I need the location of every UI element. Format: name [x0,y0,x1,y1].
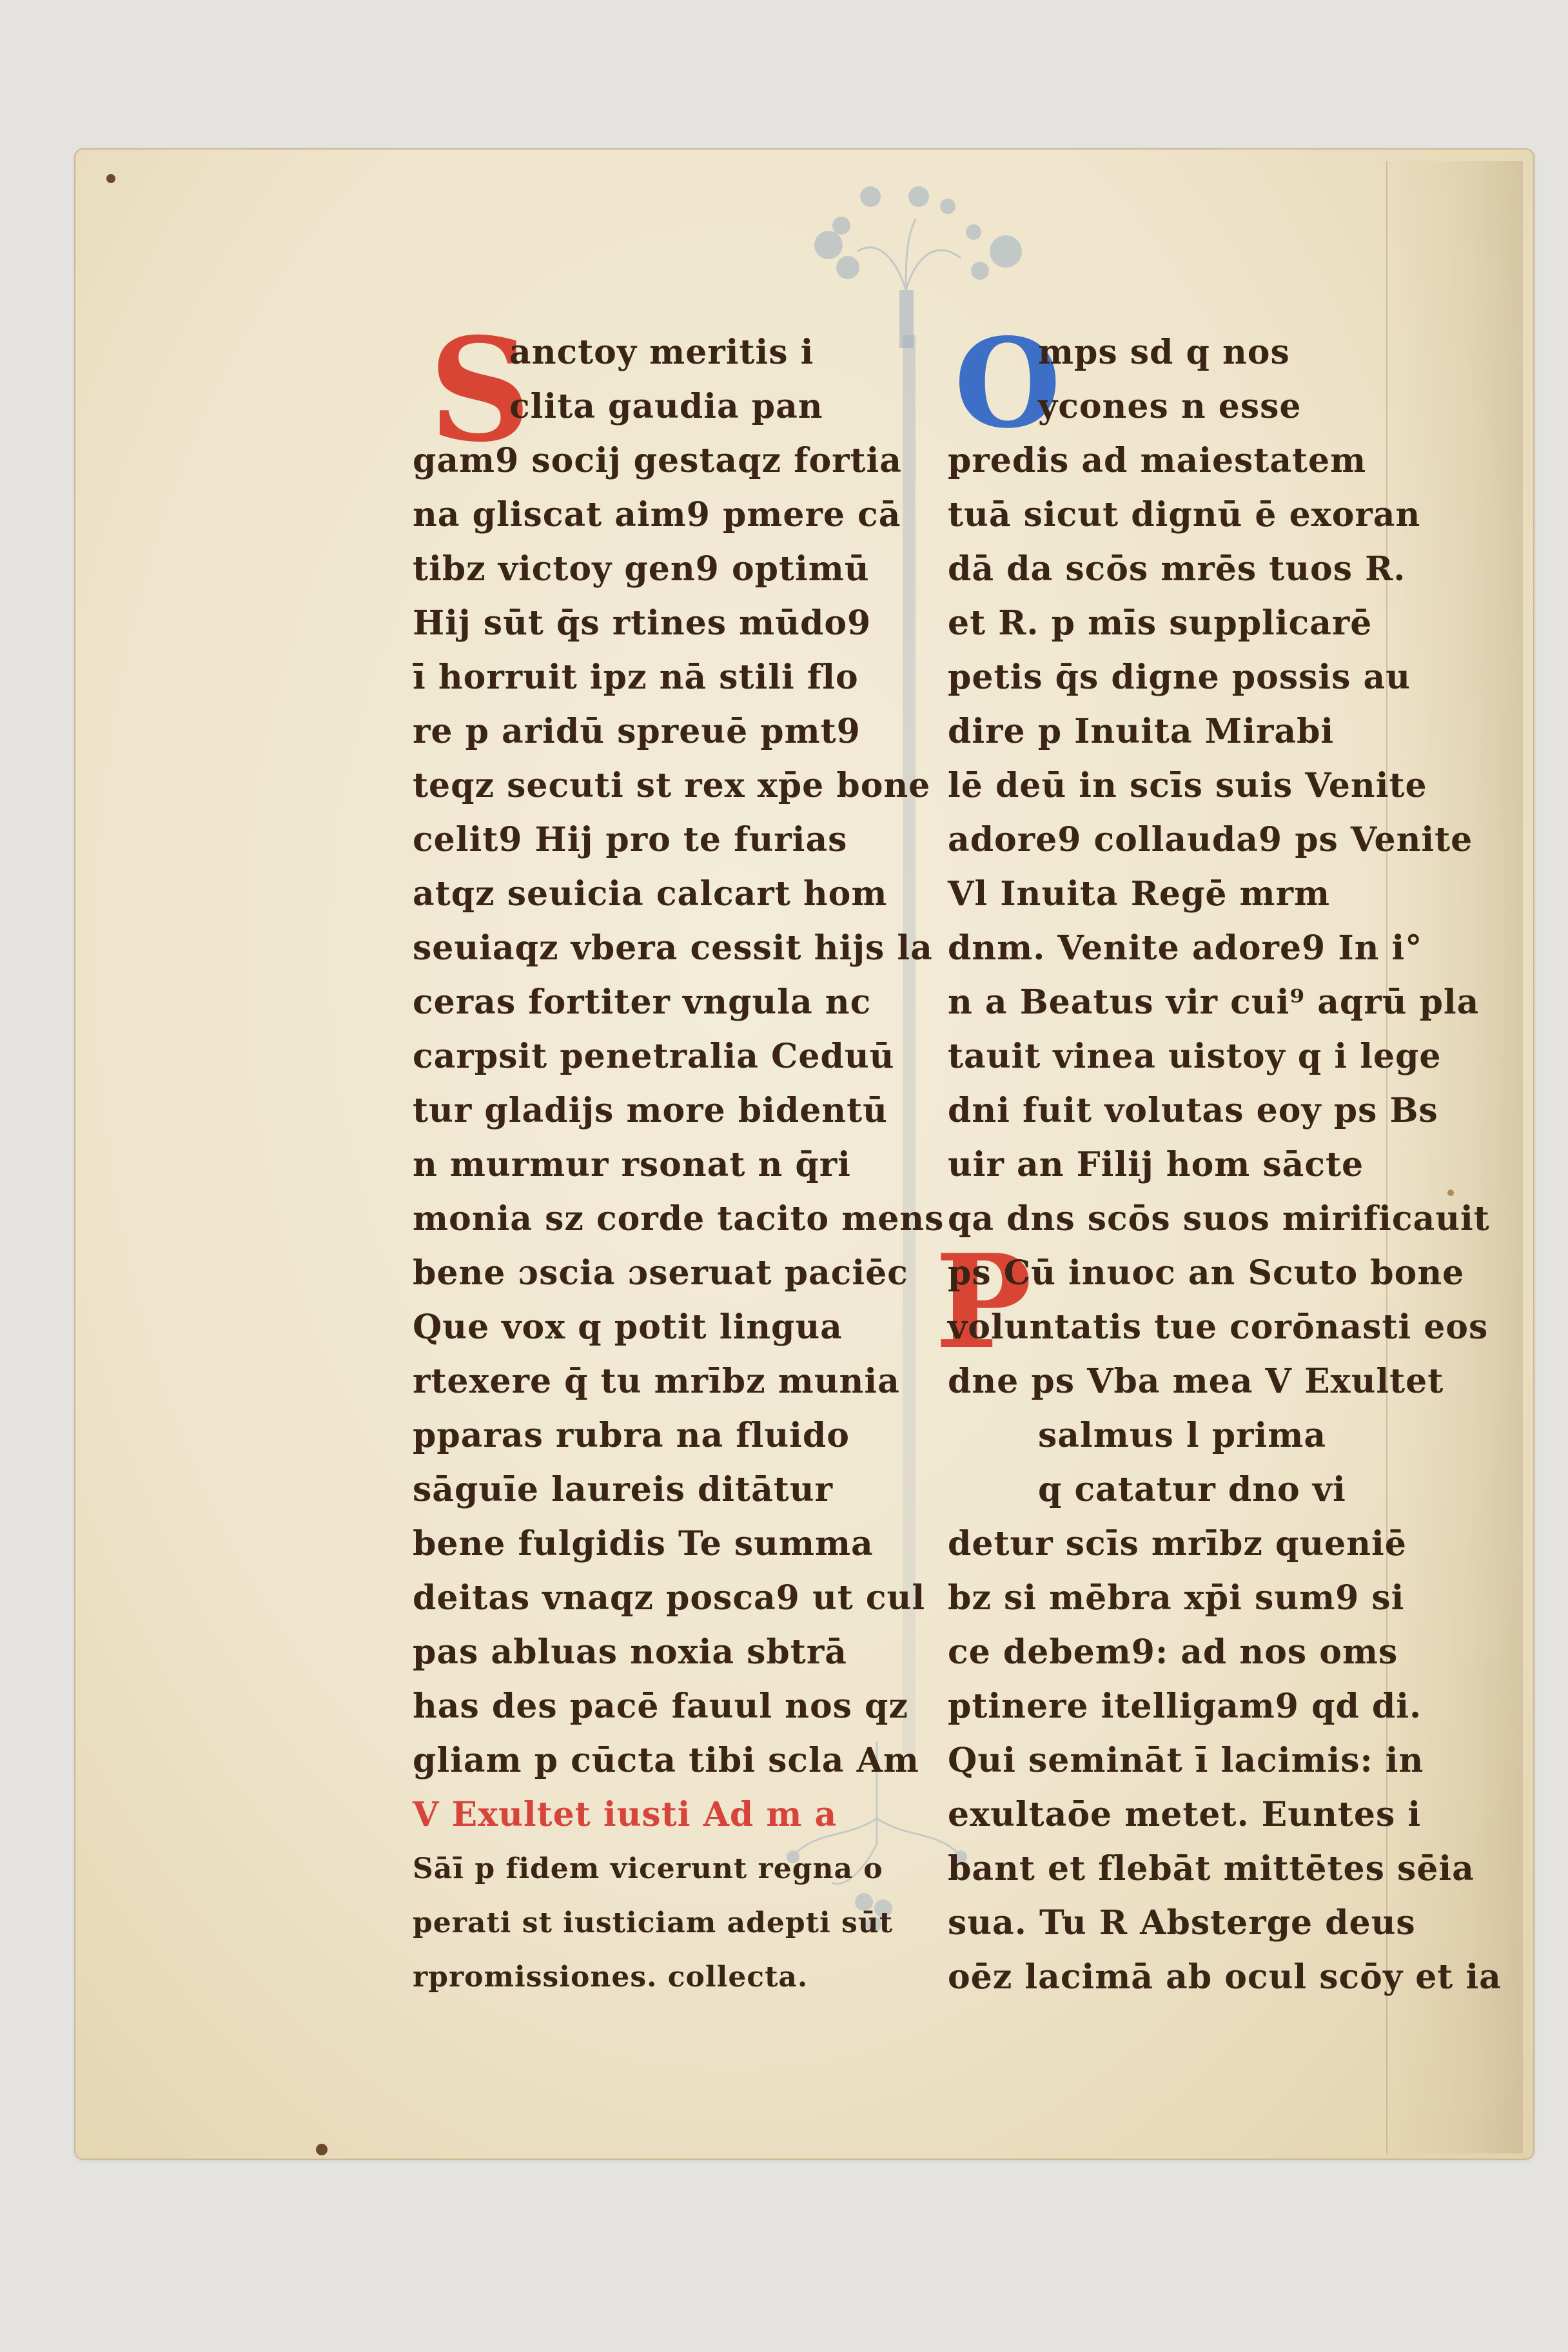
text-line: mps sd q nos [948,326,1451,380]
text-line: has des pacē fauul nos qz [413,1680,916,1734]
text-line: ī horruit ipz nā stili flo [413,651,916,705]
text-line: salmus l prima [948,1409,1451,1463]
text-line: tibz victoy gen9 optimū [413,542,916,596]
right-text-column: mps sd q nos ycones n esse predis ad mai… [948,326,1451,2004]
text-line: gliam p cūcta tibi scla Am [413,1734,916,1788]
text-line: Qui semināt ī lacimis: in [948,1734,1451,1788]
text-line: bene fulgidis Te summa [413,1517,916,1571]
text-line: perati st iusticiam adepti sūt [413,1896,916,1950]
text-line: dni fuit volutas eoy ps Bs [948,1084,1451,1138]
text-line: teqz secuti st rex xp̄e bone [413,759,916,813]
text-line: tur gladijs more bidentū [413,1084,916,1138]
text-line: sāguīe laureis ditātur [413,1463,916,1517]
text-line: tuā sicut dignū ē exoran [948,488,1451,542]
text-line: monia sz corde tacito mens [413,1192,916,1246]
text-line: ce debem9: ad nos oms [948,1625,1451,1680]
text-line: dā da scōs mrēs tuos R. [948,542,1451,596]
text-line: qa dns scōs suos mirificauit [948,1192,1451,1246]
text-line: petis q̄s digne possis au [948,651,1451,705]
stain-dot [316,2144,328,2155]
left-text-column: anctoy meritis i clita gaudia pan gam9 s… [413,326,916,2004]
text-line: ps Cū inuoc an Scuto bone [948,1246,1451,1300]
text-line: Que vox q potit lingua [413,1300,916,1355]
text-line: rtexere q̄ tu mrībz munia [413,1355,916,1409]
text-line: anctoy meritis i [413,326,916,380]
text-line: seuiaqz vbera cessit hijs la [413,921,916,975]
text-line: exultaōe metet. Euntes i [948,1788,1451,1842]
text-line: predis ad maiestatem [948,434,1451,488]
text-line: clita gaudia pan [413,380,916,434]
text-line: gam9 socij gestaqz fortia [413,434,916,488]
text-line: lē deū in scīs suis Venite [948,759,1451,813]
text-line: uir an Filij hom sācte [948,1138,1451,1192]
text-line: adore9 collauda9 ps Venite [948,813,1451,867]
text-line: ycones n esse [948,380,1451,434]
text-line: et R. p mīs supplicarē [948,596,1451,651]
text-line: pparas rubra na fluido [413,1409,916,1463]
stain-dot [106,174,115,183]
text-line: dire p Inuita Mirabi [948,705,1451,759]
text-line: ptinere itelligam9 qd di. [948,1680,1451,1734]
text-line: Vl Inuita Regē mrm [948,867,1451,921]
text-line: q catatur dno vi [948,1463,1451,1517]
text-line: Sāī p fidem vicerunt regna o [413,1842,916,1896]
text-line: detur scīs mrībz queniē [948,1517,1451,1571]
text-line: bene ɔscia ɔseruat paciēc [413,1246,916,1300]
text-line: n murmur rsonat n q̄ri [413,1138,916,1192]
text-line: bant et flebāt mittētes sēia [948,1842,1451,1896]
text-line: pas abluas noxia sbtrā [413,1625,916,1680]
text-line: oēz lacimā ab ocul scōy et ia [948,1950,1451,2004]
text-line: bz si mēbra xp̄i sum9 si [948,1571,1451,1625]
text-line: n a Beatus vir cui⁹ aqrū pla [948,975,1451,1030]
text-line: sua. Tu R Absterge deus [948,1896,1451,1950]
text-line: ceras fortiter vngula nc [413,975,916,1030]
text-line: re p aridū spreuē pmt9 [413,705,916,759]
text-line: celit9 Hij pro te furias [413,813,916,867]
text-line: rpromissiones. collecta. [413,1950,916,2004]
text-line: Hij sūt q̄s rtines mūdo9 [413,596,916,651]
text-line: deitas vnaqz posca9 ut cul [413,1571,916,1625]
rubric-line: V Exultet iusti Ad m a [413,1788,916,1842]
text-line: tauit vinea uistoy q i lege [948,1030,1451,1084]
text-line: na gliscat aim9 pmere cā [413,488,916,542]
text-line: dne ps Vba mea V Exultet [948,1355,1451,1409]
text-line: dnm. Venite adore9 In i° [948,921,1451,975]
text-line: atqz seuicia calcart hom [413,867,916,921]
text-line: carpsit penetralia Ceduū [413,1030,916,1084]
text-line: voluntatis tue corōnasti eos [948,1300,1451,1355]
